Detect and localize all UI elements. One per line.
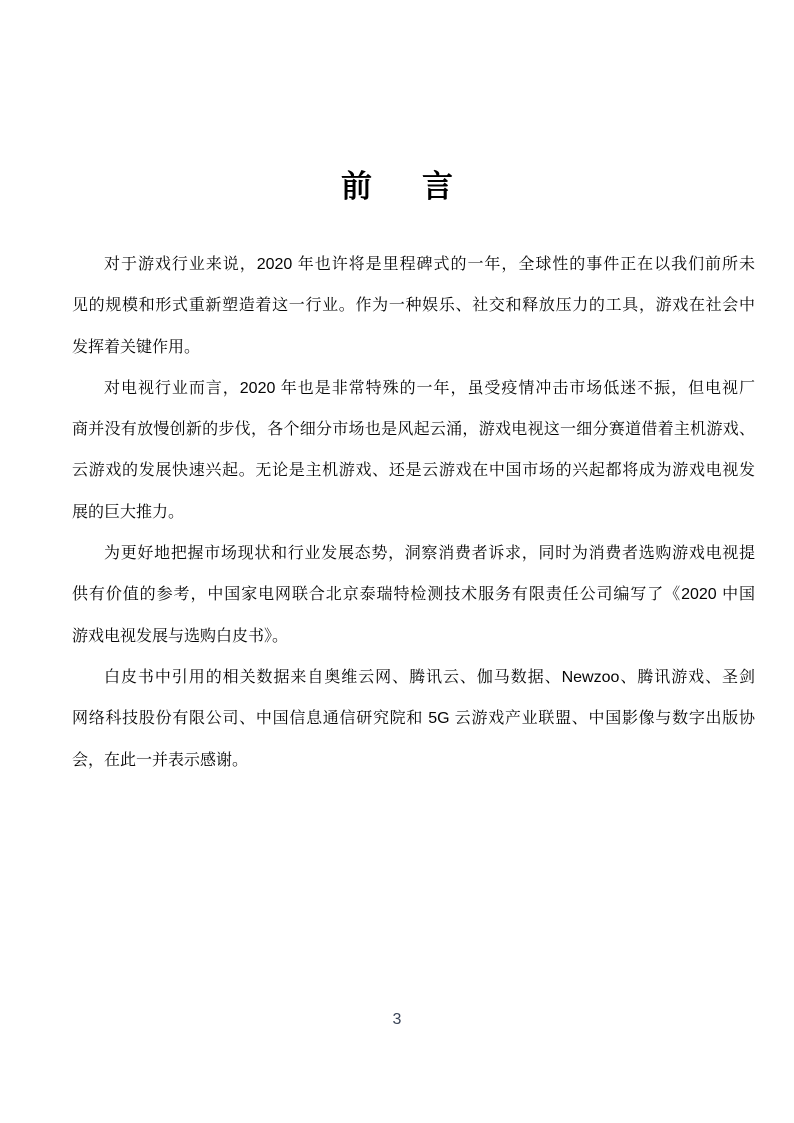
- page-title-char-1: 前: [341, 167, 372, 207]
- paragraph-line: 网络科技股份有限公司、中国信息通信研究院和 5G 云游戏产业联盟、中国影像与数字…: [72, 698, 755, 739]
- paragraph-line: 白皮书中引用的相关数据来自奥维云网、腾讯云、伽马数据、Newzoo、腾讯游戏、圣…: [72, 657, 755, 698]
- paragraph-line: 供有价值的参考，中国家电网联合北京泰瑞特检测技术服务有限责任公司编写了《2020…: [72, 574, 755, 615]
- paragraph-line: 为更好地把握市场现状和行业发展态势，洞察消费者诉求，同时为消费者选购游戏电视提: [72, 533, 755, 574]
- paragraph-line: 展的巨大推力。: [72, 492, 755, 533]
- page-title-char-2: 言: [422, 167, 453, 207]
- document-body: 对于游戏行业来说，2020 年也许将是里程碑式的一年，全球性的事件正在以我们前所…: [72, 244, 755, 781]
- paragraph-line: 商并没有放慢创新的步伐，各个细分市场也是风起云涌，游戏电视这一细分赛道借着主机游…: [72, 409, 755, 450]
- paragraph-line: 游戏电视发展与选购白皮书》。: [72, 616, 755, 657]
- paragraph-line: 会，在此一并表示感谢。: [72, 740, 755, 781]
- paragraph-line: 见的规模和形式重新塑造着这一行业。作为一种娱乐、社交和释放压力的工具，游戏在社会…: [72, 285, 755, 326]
- paragraph: 为更好地把握市场现状和行业发展态势，洞察消费者诉求，同时为消费者选购游戏电视提供…: [72, 533, 755, 657]
- document-page: 前 言 对于游戏行业来说，2020 年也许将是里程碑式的一年，全球性的事件正在以…: [0, 0, 794, 1123]
- paragraph: 对于游戏行业来说，2020 年也许将是里程碑式的一年，全球性的事件正在以我们前所…: [72, 244, 755, 368]
- paragraph-line: 云游戏的发展快速兴起。无论是主机游戏、还是云游戏在中国市场的兴起都将成为游戏电视…: [72, 450, 755, 491]
- page-number: 3: [0, 1010, 794, 1030]
- paragraph-line: 对于游戏行业来说，2020 年也许将是里程碑式的一年，全球性的事件正在以我们前所…: [72, 244, 755, 285]
- paragraph-line: 对电视行业而言，2020 年也是非常特殊的一年，虽受疫情冲击市场低迷不振，但电视…: [72, 368, 755, 409]
- page-title: 前 言: [0, 167, 794, 207]
- paragraph-line: 发挥着关键作用。: [72, 327, 755, 368]
- paragraph: 白皮书中引用的相关数据来自奥维云网、腾讯云、伽马数据、Newzoo、腾讯游戏、圣…: [72, 657, 755, 781]
- paragraph: 对电视行业而言，2020 年也是非常特殊的一年，虽受疫情冲击市场低迷不振，但电视…: [72, 368, 755, 533]
